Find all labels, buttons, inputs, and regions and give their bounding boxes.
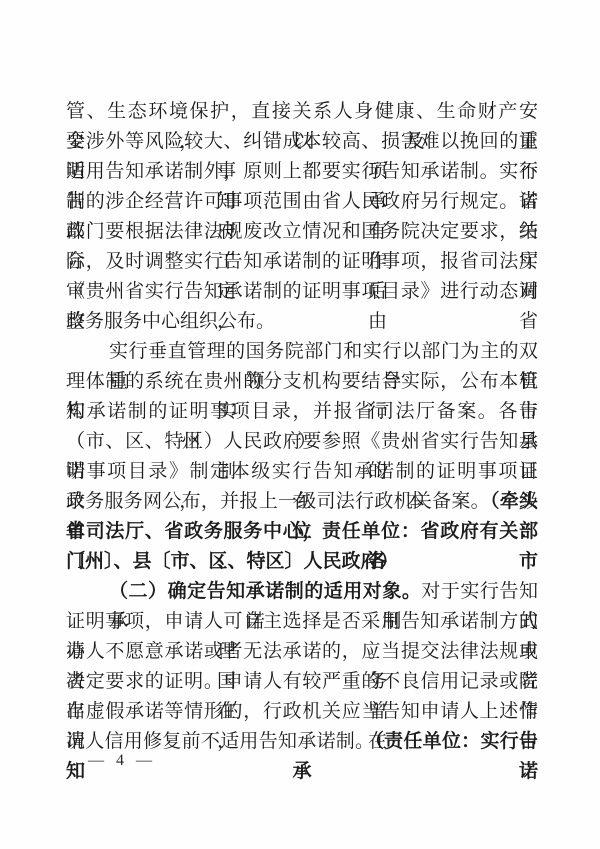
emphasis-text: 〔州〕、县〔市、区、特区〕人民政府） — [66, 551, 399, 572]
text-line: （二）确定告知承诺制的适用对象。对于实行告知承诺制的 — [66, 577, 538, 607]
text-line: 证明事项，申请人可自主选择是否采用告知承诺制方式办理。申 — [66, 607, 538, 637]
document-page: 管、生态环境保护，直接关系人身健康、生命财产安全，以及重要涉外等风险较大、纠错成… — [0, 0, 600, 849]
body-text: 政务服务网公布，并报上一级司法行政机关备案。 — [66, 491, 490, 512]
text-line: 实行垂直管理的国务院部门和实行以部门为主的双重领导管 — [66, 337, 538, 367]
body-text: 政务服务中心组织公布。 — [66, 311, 275, 332]
paragraph-1-continuation: 管、生态环境保护，直接关系人身健康、生命财产安全，以及重要涉外等风险较大、纠错成… — [66, 97, 538, 337]
document-body: 管、生态环境保护，直接关系人身健康、生命财产安全，以及重要涉外等风险较大、纠错成… — [66, 97, 538, 757]
text-line: 理体制的系统在贵州的分支机构要结合实际，公布本机构实行告 — [66, 367, 538, 397]
text-line: （市、区、特区）人民政府要参照《贵州省实行告知承诺制的证 — [66, 427, 538, 457]
text-line: 要涉外等风险较大、纠错成本较高、损害难以挽回的证明事项不 — [66, 127, 538, 157]
text-line: 际，及时调整实行告知承诺制的证明事项，报省司法厅审定后对 — [66, 247, 538, 277]
paragraph-2: 实行垂直管理的国务院部门和实行以部门为主的双重领导管理体制的系统在贵州的分支机构… — [66, 337, 538, 577]
body-text: 请人信用修复前不适用告知承诺制。 — [66, 731, 374, 752]
text-line: 《贵州省实行告知承诺制的证明事项目录》进行动态调整，由省 — [66, 277, 538, 307]
text-line: 请人不愿意承诺或者无法承诺的，应当提交法律法规或者国务院 — [66, 637, 538, 667]
text-line: 制的涉企经营许可事项范围由省人民政府另行规定。省政府有关 — [66, 187, 538, 217]
text-line: 明事项目录》制定本级实行告知承诺制的证明事项目录，在本级 — [66, 457, 538, 487]
paragraph-3: （二）确定告知承诺制的适用对象。对于实行告知承诺制的证明事项，申请人可自主选择是… — [66, 577, 538, 757]
text-line: 省司法厅、省政务服务中心，责任单位：省政府有关部门、各市 — [66, 517, 538, 547]
text-line: 管、生态环境保护，直接关系人身健康、生命财产安全，以及重 — [66, 97, 538, 127]
text-line: 知承诺制的证明事项目录，并报省司法厅备案。各市（州）、县 — [66, 397, 538, 427]
text-line: 政务服务网公布，并报上一级司法行政机关备案。（牵头单位： — [66, 487, 538, 517]
text-line: 出虚假承诺等情形的，行政机关应当告知申请人上述情况，在申 — [66, 697, 538, 727]
emphasis-text: （二）确定告知承诺制的适用对象。 — [109, 581, 421, 602]
text-line: 部门要根据法律法规废改立情况和国务院决定要求，结合工作实 — [66, 217, 538, 247]
text-line: 决定要求的证明。申请人有较严重的不良信用记录或者存在曾作 — [66, 667, 538, 697]
page-number: — 4 — — [88, 752, 156, 770]
text-line: 适用告知承诺制外，原则上都要实行告知承诺制。实行告知承诺 — [66, 157, 538, 187]
